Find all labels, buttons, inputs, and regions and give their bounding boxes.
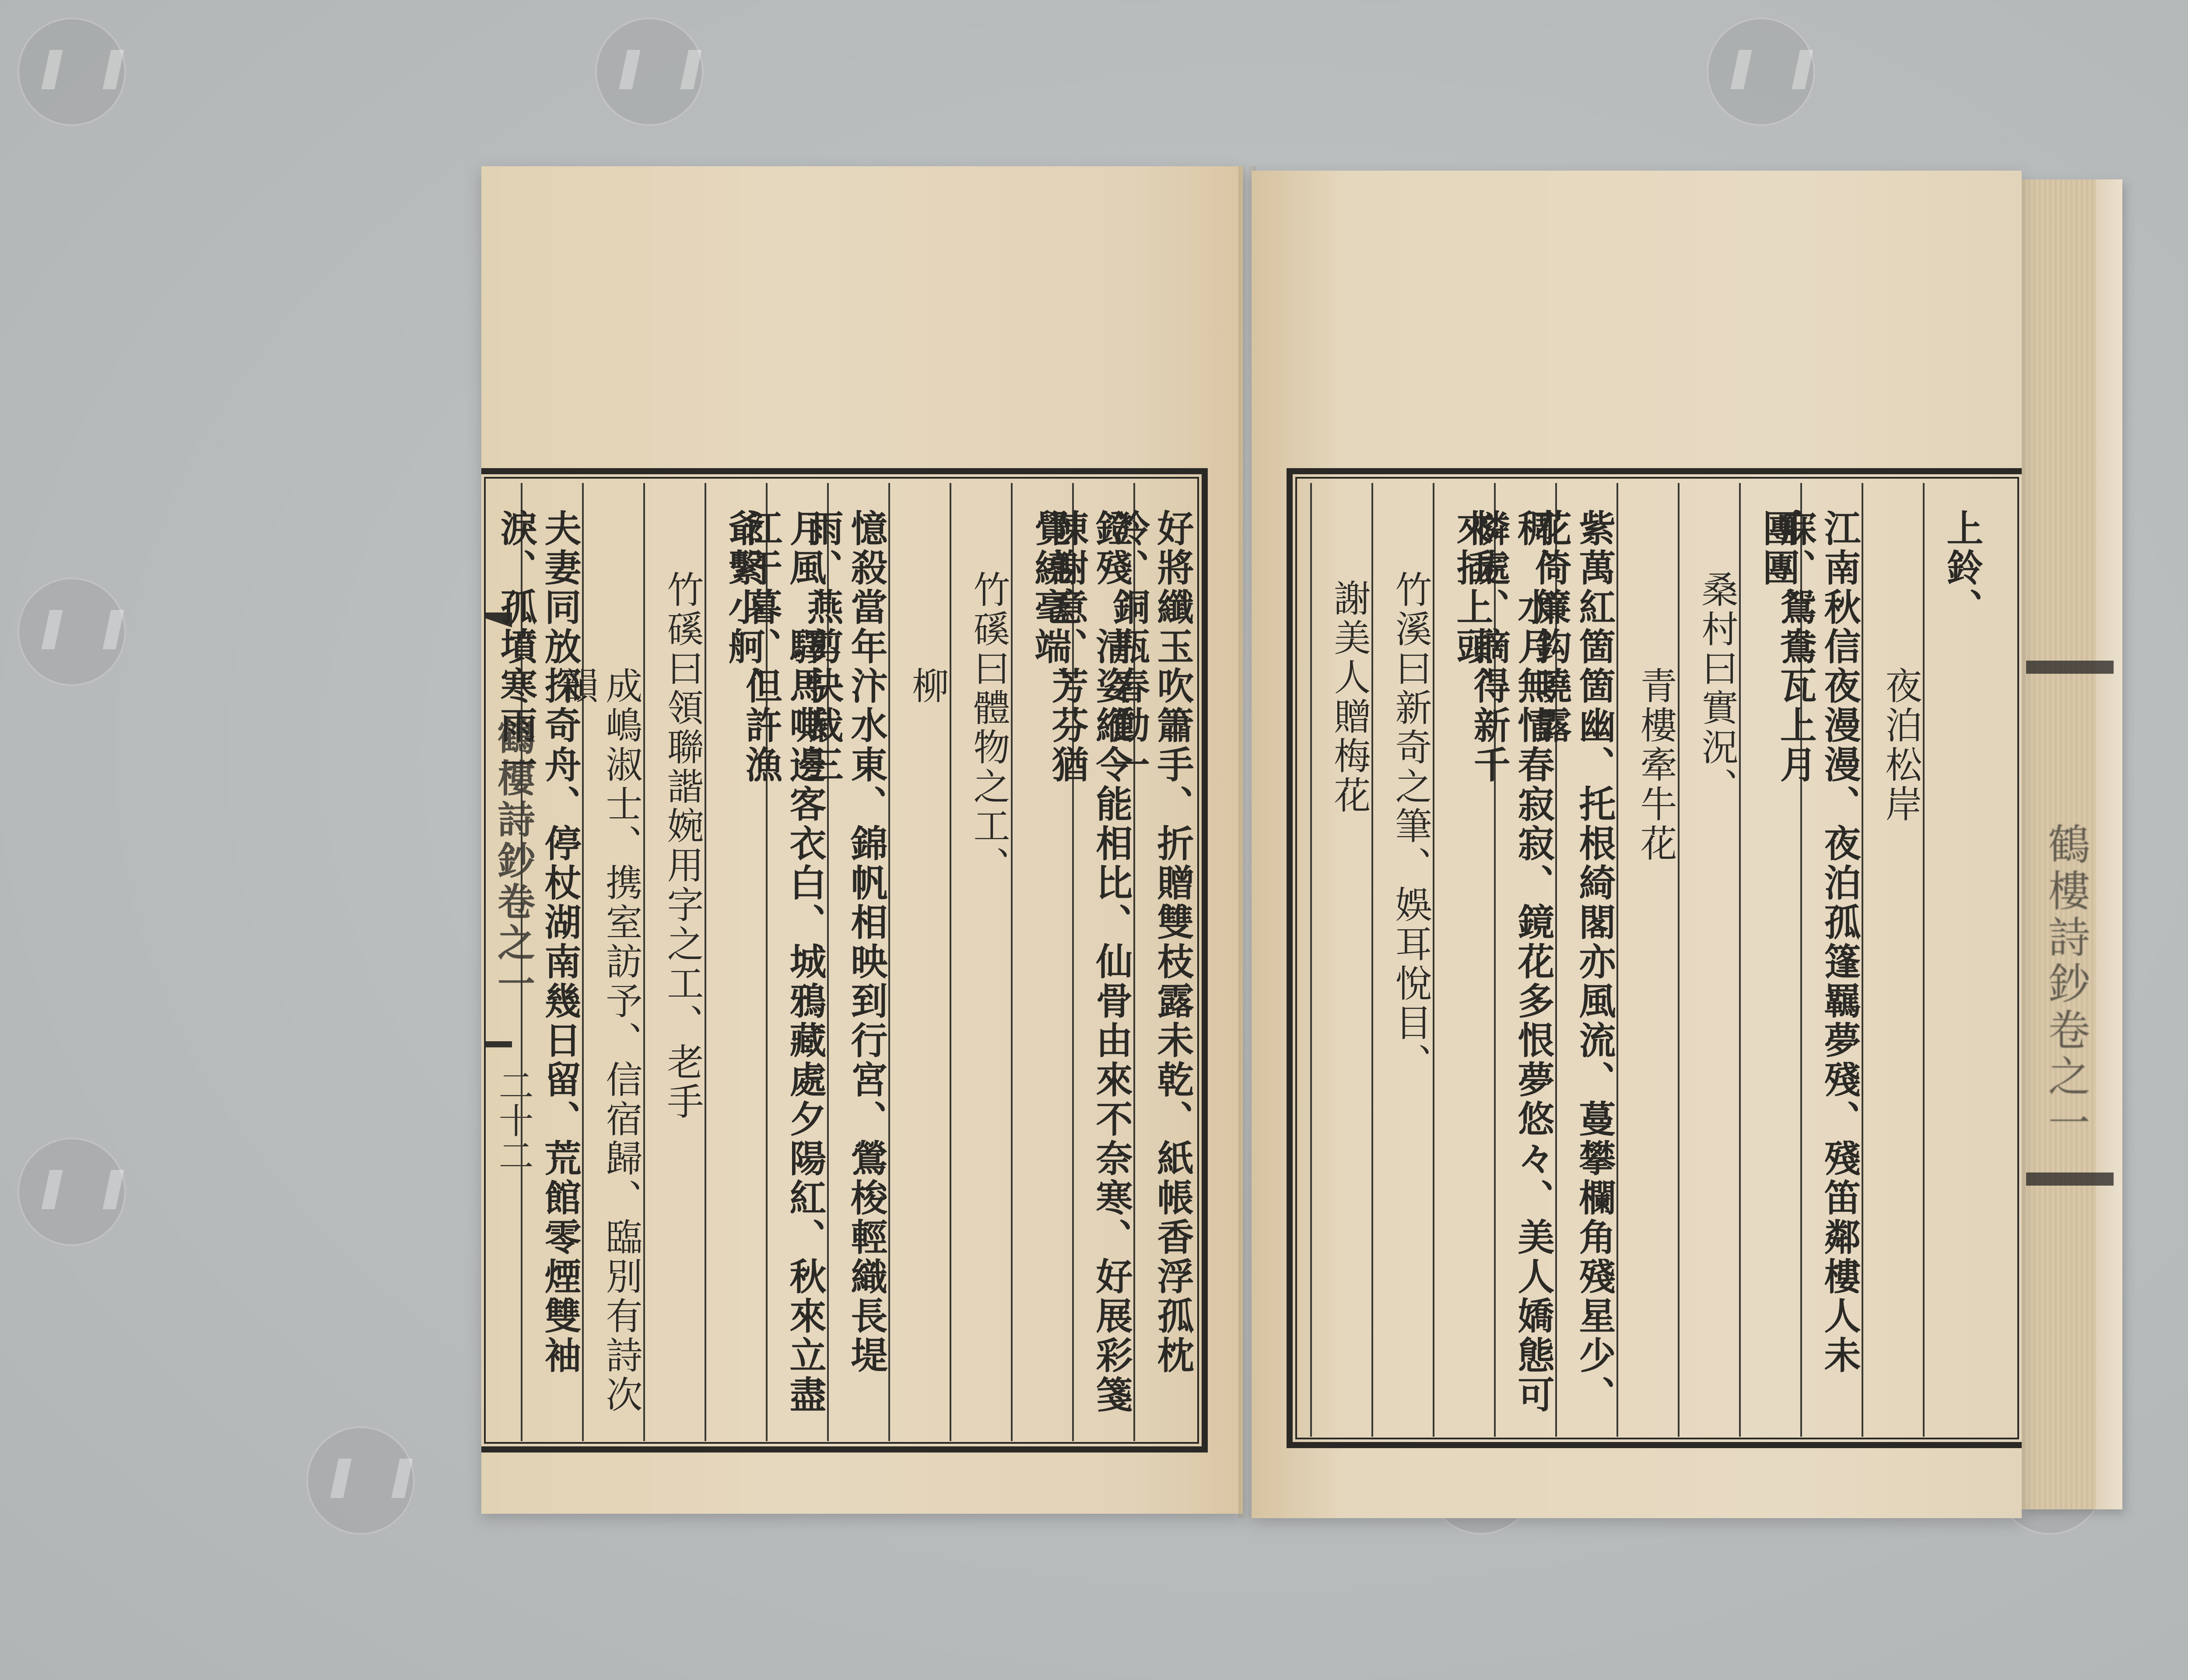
text-column: 團團、 [1739, 483, 1800, 1437]
fore-edge: 鶴樓詩鈔卷之一 [2022, 179, 2122, 1509]
text-column: 上鈴、 [1923, 483, 1984, 1437]
text-column: 夫妻同放探奇舟、停杖湖南幾日留、荒館零煙雙袖淚、孤墳寒雨一 [521, 483, 582, 1441]
column-grid: 上鈴、 夜泊松岸 江南秋信夜漫漫、夜泊孤篷羈夢殘、殘笛鄰樓人未寐、鴛鴦瓦上月 團… [1301, 483, 1984, 1437]
poem-title: 謝美人贈梅花 [1310, 483, 1371, 1437]
text-column: 江南秋信夜漫漫、夜泊孤篷羈夢殘、殘笛鄰樓人未寐、鴛鴦瓦上月 [1800, 483, 1862, 1437]
poem-title: 夜泊松岸 [1862, 483, 1923, 1437]
comment-column: 桑村曰實況、 [1678, 483, 1739, 1437]
text-column: 爺繫小舸、 [705, 483, 766, 1441]
text-column: 覺繞毫端、 [1011, 483, 1072, 1441]
comment-column: 竹溪曰新奇之筆、娛耳悅目、 [1371, 483, 1433, 1437]
text-column: 來插上頭、 [1433, 483, 1494, 1437]
open-book: 鶴樓詩鈔卷之一 鶴樓詩鈔卷之一 二十二 好將纖玉吹簫手、折贈雙枝露未乾、紙帳香浮… [481, 166, 2127, 1522]
text-column: 憶殺當年汴水東、錦帆相映到行宮、鶯梭輕織長堤雨、燕剪快裁三 [827, 483, 888, 1441]
left-page: 鶴樓詩鈔卷之一 二十二 好將纖玉吹簫手、折贈雙枝露未乾、紙帳香浮孤枕冷、銅瓶春動… [481, 166, 1243, 1514]
text-column: 月風、驛馬嘶邊客衣白、城鴉藏處夕陽紅、秋來立盡江干暮、但許漁 [766, 483, 827, 1441]
text-column: 好將纖玉吹簫手、折贈雙枝露未乾、紙帳香浮孤枕冷、銅瓶春動一 [1133, 483, 1195, 1441]
poem-title: 成嶋淑士、携室訪予、信宿歸、臨別有詩次韻 [582, 483, 643, 1441]
watermark-logo-icon [18, 17, 126, 126]
watermark-logo-icon [18, 1137, 126, 1246]
column-grid: 好將纖玉吹簫手、折贈雙枝露未乾、紙帳香浮孤枕冷、銅瓶春動一 鐙殘、清姿縱令能相比… [521, 483, 1195, 1441]
poem-title: 青樓牽牛花 [1616, 483, 1678, 1437]
watermark-logo-icon [1707, 17, 1815, 126]
fore-edge-title: 鶴樓詩鈔卷之一 [2052, 822, 2096, 1147]
fish-tail-mark-bottom [2026, 1172, 2114, 1186]
right-page: 上鈴、 夜泊松岸 江南秋信夜漫漫、夜泊孤篷羈夢殘、殘笛鄰樓人未寐、鴛鴦瓦上月 團… [1252, 171, 2022, 1518]
cover-edge [2096, 179, 2122, 1509]
text-frame: 上鈴、 夜泊松岸 江南秋信夜漫漫、夜泊孤篷羈夢殘、殘笛鄰樓人未寐、鴛鴦瓦上月 團… [1287, 468, 2022, 1448]
fish-tail-mark-top [2026, 661, 2114, 674]
text-column: 稠、水月無情春寂寂、鏡花多恨夢悠々、美人嬌態可憐處、摘得新千 [1494, 483, 1555, 1437]
watermark-logo-icon [18, 577, 126, 686]
comment-column: 竹磎曰領聯諧婉用字之工、老手 [643, 483, 705, 1441]
text-frame: 好將纖玉吹簫手、折贈雙枝露未乾、紙帳香浮孤枕冷、銅瓶春動一 鐙殘、清姿縱令能相比… [481, 468, 1208, 1452]
text-column: 紫萬紅箇箇幽、托根綺閣亦風流、蔓攀欄角殘星少、花倚簾鈎曉露 [1555, 483, 1616, 1437]
poem-title: 柳 [888, 483, 950, 1441]
text-column: 鐙殘、清姿縱令能相比、仙骨由來不奈寒、好展彩箋陳謝意、芳芬猶 [1072, 483, 1133, 1441]
watermark-logo-icon [595, 17, 704, 126]
watermark-logo-icon [306, 1426, 415, 1535]
comment-column: 竹磎曰體物之工、 [950, 483, 1011, 1441]
